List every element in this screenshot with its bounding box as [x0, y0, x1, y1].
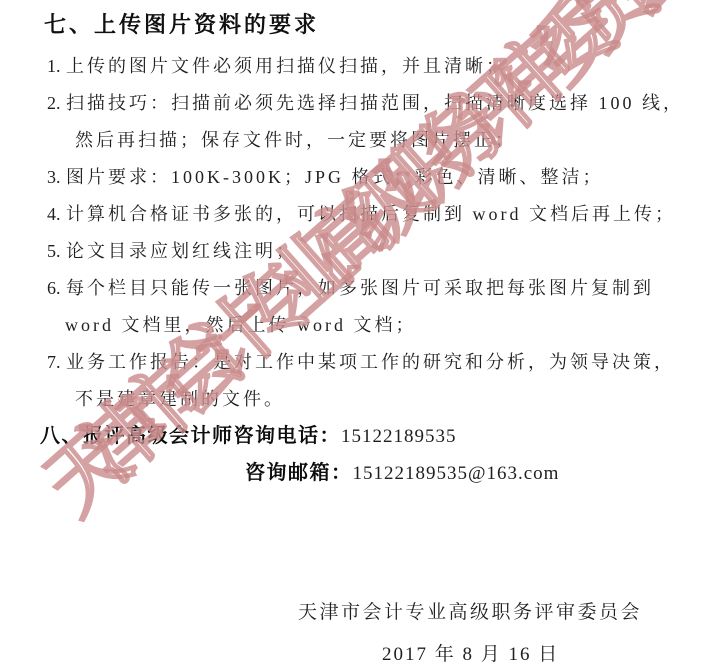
email-line: 咨询邮箱：15122189535@163.com: [0, 455, 705, 492]
item-number: 6.: [47, 270, 66, 307]
requirement-item-2-continuation: 然后再扫描；保存文件时，一定要将图片摆正；: [0, 122, 705, 159]
item-text: 业务工作报告：是对工作中某项工作的研究和分析，为领导决策，: [66, 352, 675, 372]
email-address: 15122189535@163.com: [353, 463, 560, 484]
requirement-item-7: 7.业务工作报告：是对工作中某项工作的研究和分析，为领导决策，: [0, 344, 705, 381]
phone-number: 15122189535: [341, 426, 457, 447]
requirement-item-2: 2.扫描技巧：扫描前必须先选择扫描范围，扫描清晰度选择 100 线，: [0, 85, 705, 122]
item-text: 论文目录应划红线注明；: [66, 241, 297, 261]
section-8-phone-line: 八、报评高级会计师咨询电话：15122189535: [0, 418, 705, 455]
section-7-heading: 七、上传图片资料的要求: [0, 8, 705, 48]
item-number: 5.: [47, 233, 66, 270]
item-text: 计算机合格证书多张的，可以扫描后复制到 word 文档后再上传；: [66, 204, 676, 224]
document-body: 七、上传图片资料的要求 1.上传的图片文件必须用扫描仪扫描，并且清晰； 2.扫描…: [0, 0, 705, 671]
item-text: 图片要求：100K-300K；JPG 格式；彩色、清晰、整洁；: [66, 167, 604, 187]
item-number: 2.: [47, 85, 66, 122]
item-number: 1.: [47, 48, 66, 85]
requirement-item-4: 4.计算机合格证书多张的，可以扫描后复制到 word 文档后再上传；: [0, 196, 705, 233]
item-text: 每个栏目只能传一张图片，如多张图片可采取把每张图片复制到: [66, 278, 654, 298]
item-number: 4.: [47, 196, 66, 233]
item-number: 3.: [47, 159, 66, 196]
email-label: 咨询邮箱：: [245, 462, 353, 484]
item-number: 7.: [47, 344, 66, 381]
requirement-item-3: 3.图片要求：100K-300K；JPG 格式；彩色、清晰、整洁；: [0, 159, 705, 196]
requirement-item-7-continuation: 不是建章建制的文件。: [0, 381, 705, 418]
requirement-item-6: 6.每个栏目只能传一张图片，如多张图片可采取把每张图片复制到: [0, 270, 705, 307]
requirement-item-5: 5.论文目录应划红线注明；: [0, 233, 705, 270]
requirement-item-6-continuation: word 文档里，然后上传 word 文档；: [0, 307, 705, 344]
requirement-item-1: 1.上传的图片文件必须用扫描仪扫描，并且清晰；: [0, 48, 705, 85]
document-page: 七、上传图片资料的要求 1.上传的图片文件必须用扫描仪扫描，并且清晰； 2.扫描…: [0, 0, 705, 671]
item-text: 扫描技巧：扫描前必须先选择扫描范围，扫描清晰度选择 100 线，: [66, 93, 684, 113]
item-text: 上传的图片文件必须用扫描仪扫描，并且清晰；: [66, 56, 507, 76]
section-8-heading: 八、报评高级会计师咨询电话：: [40, 425, 341, 447]
